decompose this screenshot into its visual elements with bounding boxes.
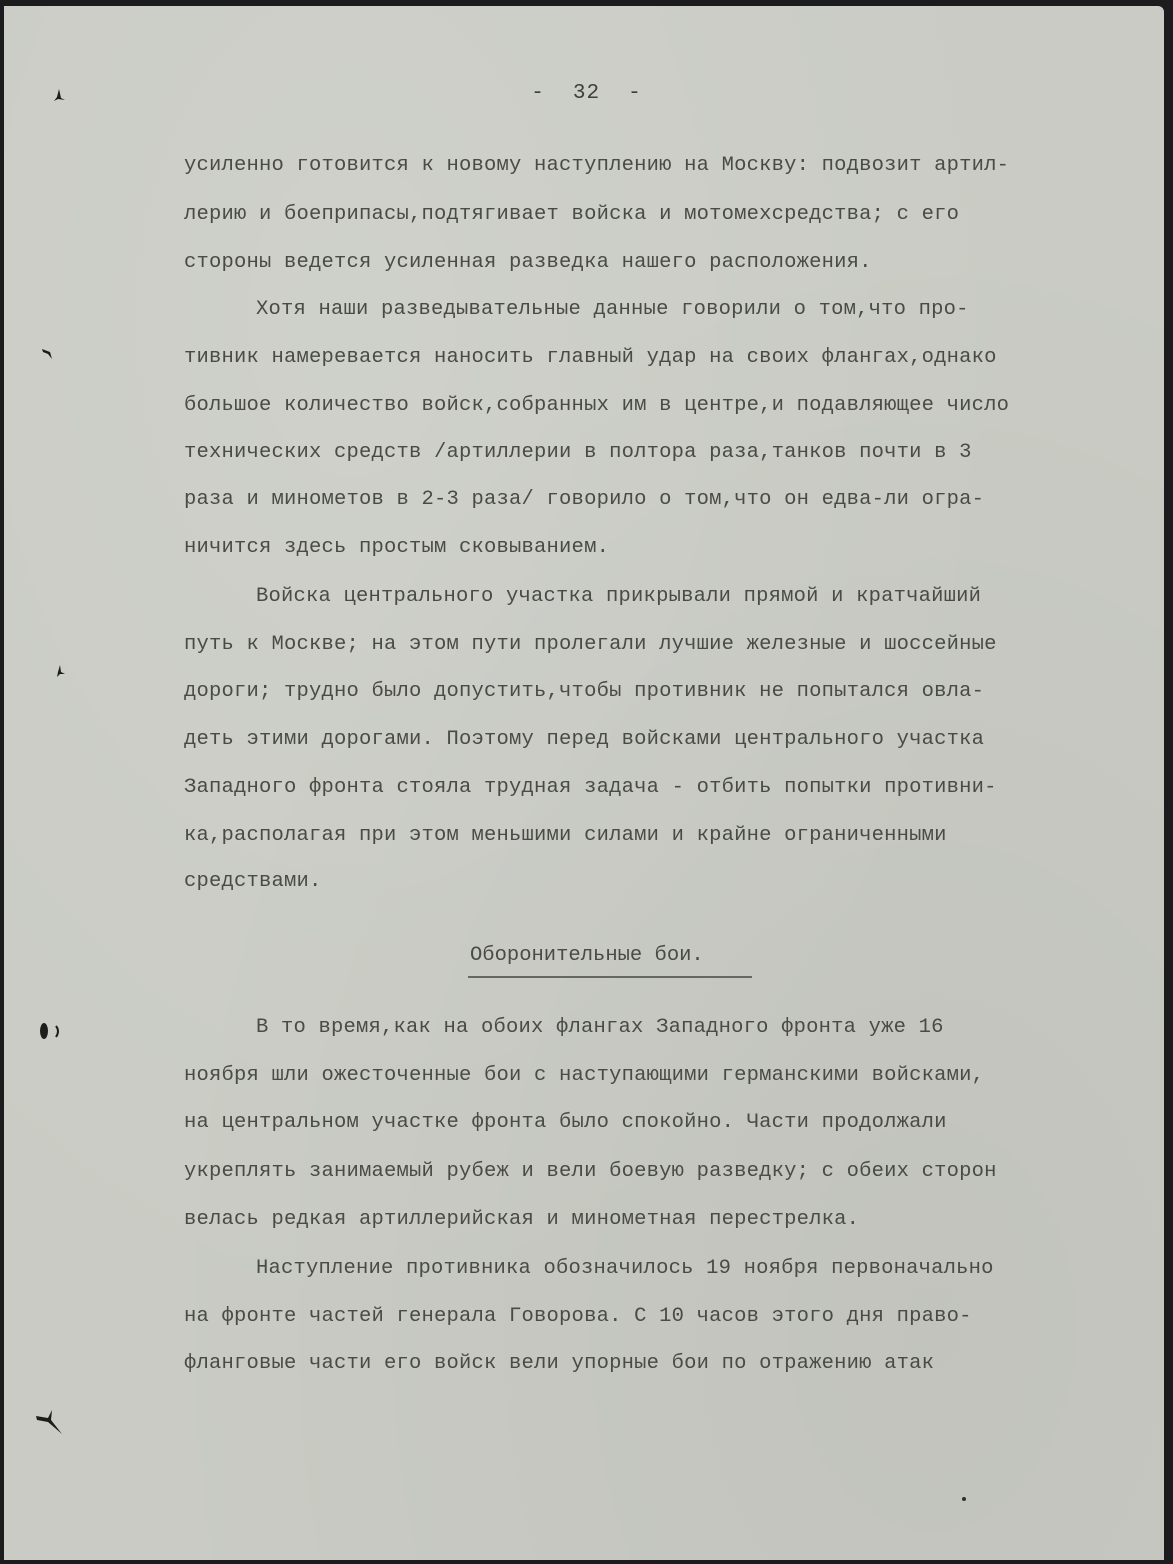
text-line: Хотя наши разведывательные данные говори… [256,298,969,322]
text-line: тивник намеревается наносить главный уда… [184,346,997,370]
binder-hole-icon [34,1020,64,1042]
text-line: стороны ведется усиленная разведка нашег… [184,251,872,275]
text-line: велась редкая артиллерийская и минометна… [184,1208,859,1232]
text-line: ноября шли ожесточенные бои с наступающи… [184,1064,984,1088]
text-line: на фронте частей генерала Говорова. С 10… [184,1305,972,1329]
text-line: большое количество войск,собранных им в … [184,394,1009,418]
text-line: средствами. [184,870,322,894]
text-line: деть этими дорогами. Поэтому перед войск… [184,728,984,752]
text-line: лерию и боеприпасы,подтягивает войска и … [184,203,959,227]
page-number-dash-left: - [517,82,559,105]
text-line: путь к Москве; на этом пути пролегали лу… [184,633,997,657]
text-line: ка,располагая при этом меньшими силами и… [184,824,947,848]
text-line: раза и минометов в 2-3 раза/ говорило о … [184,488,984,512]
text-line: ничится здесь простым сковыванием. [184,536,609,560]
text-line: Западного фронта стояла трудная задача -… [184,776,997,800]
ink-speck [962,1497,966,1501]
text-line: укреплять занимаемый рубеж и вели боевую… [184,1160,997,1184]
text-line: на центральном участке фронта было споко… [184,1111,947,1135]
text-line: технических средств /артиллерии в полтор… [184,441,972,465]
page-number-dash-right: - [614,82,656,105]
text-line: Наступление противника обозначилось 19 н… [256,1257,994,1281]
binder-hole-icon [40,346,54,360]
heading-underline [468,976,752,978]
text-line: усиленно готовится к новому наступлению … [184,154,1009,178]
text-line: В то время,как на обоих флангах Западног… [256,1016,944,1040]
text-line: Войска центрального участка прикрывали п… [256,585,981,609]
text-line: дороги; трудно было допустить,чтобы прот… [184,680,984,704]
binder-hole-icon [52,664,66,678]
page-number-value: 32 [559,82,614,105]
section-heading: Оборонительные бои. [470,944,704,967]
binder-hole-icon [34,1406,64,1436]
text-line: фланговые части его войск вели упорные б… [184,1352,934,1376]
page-number: -32- [0,82,1173,105]
